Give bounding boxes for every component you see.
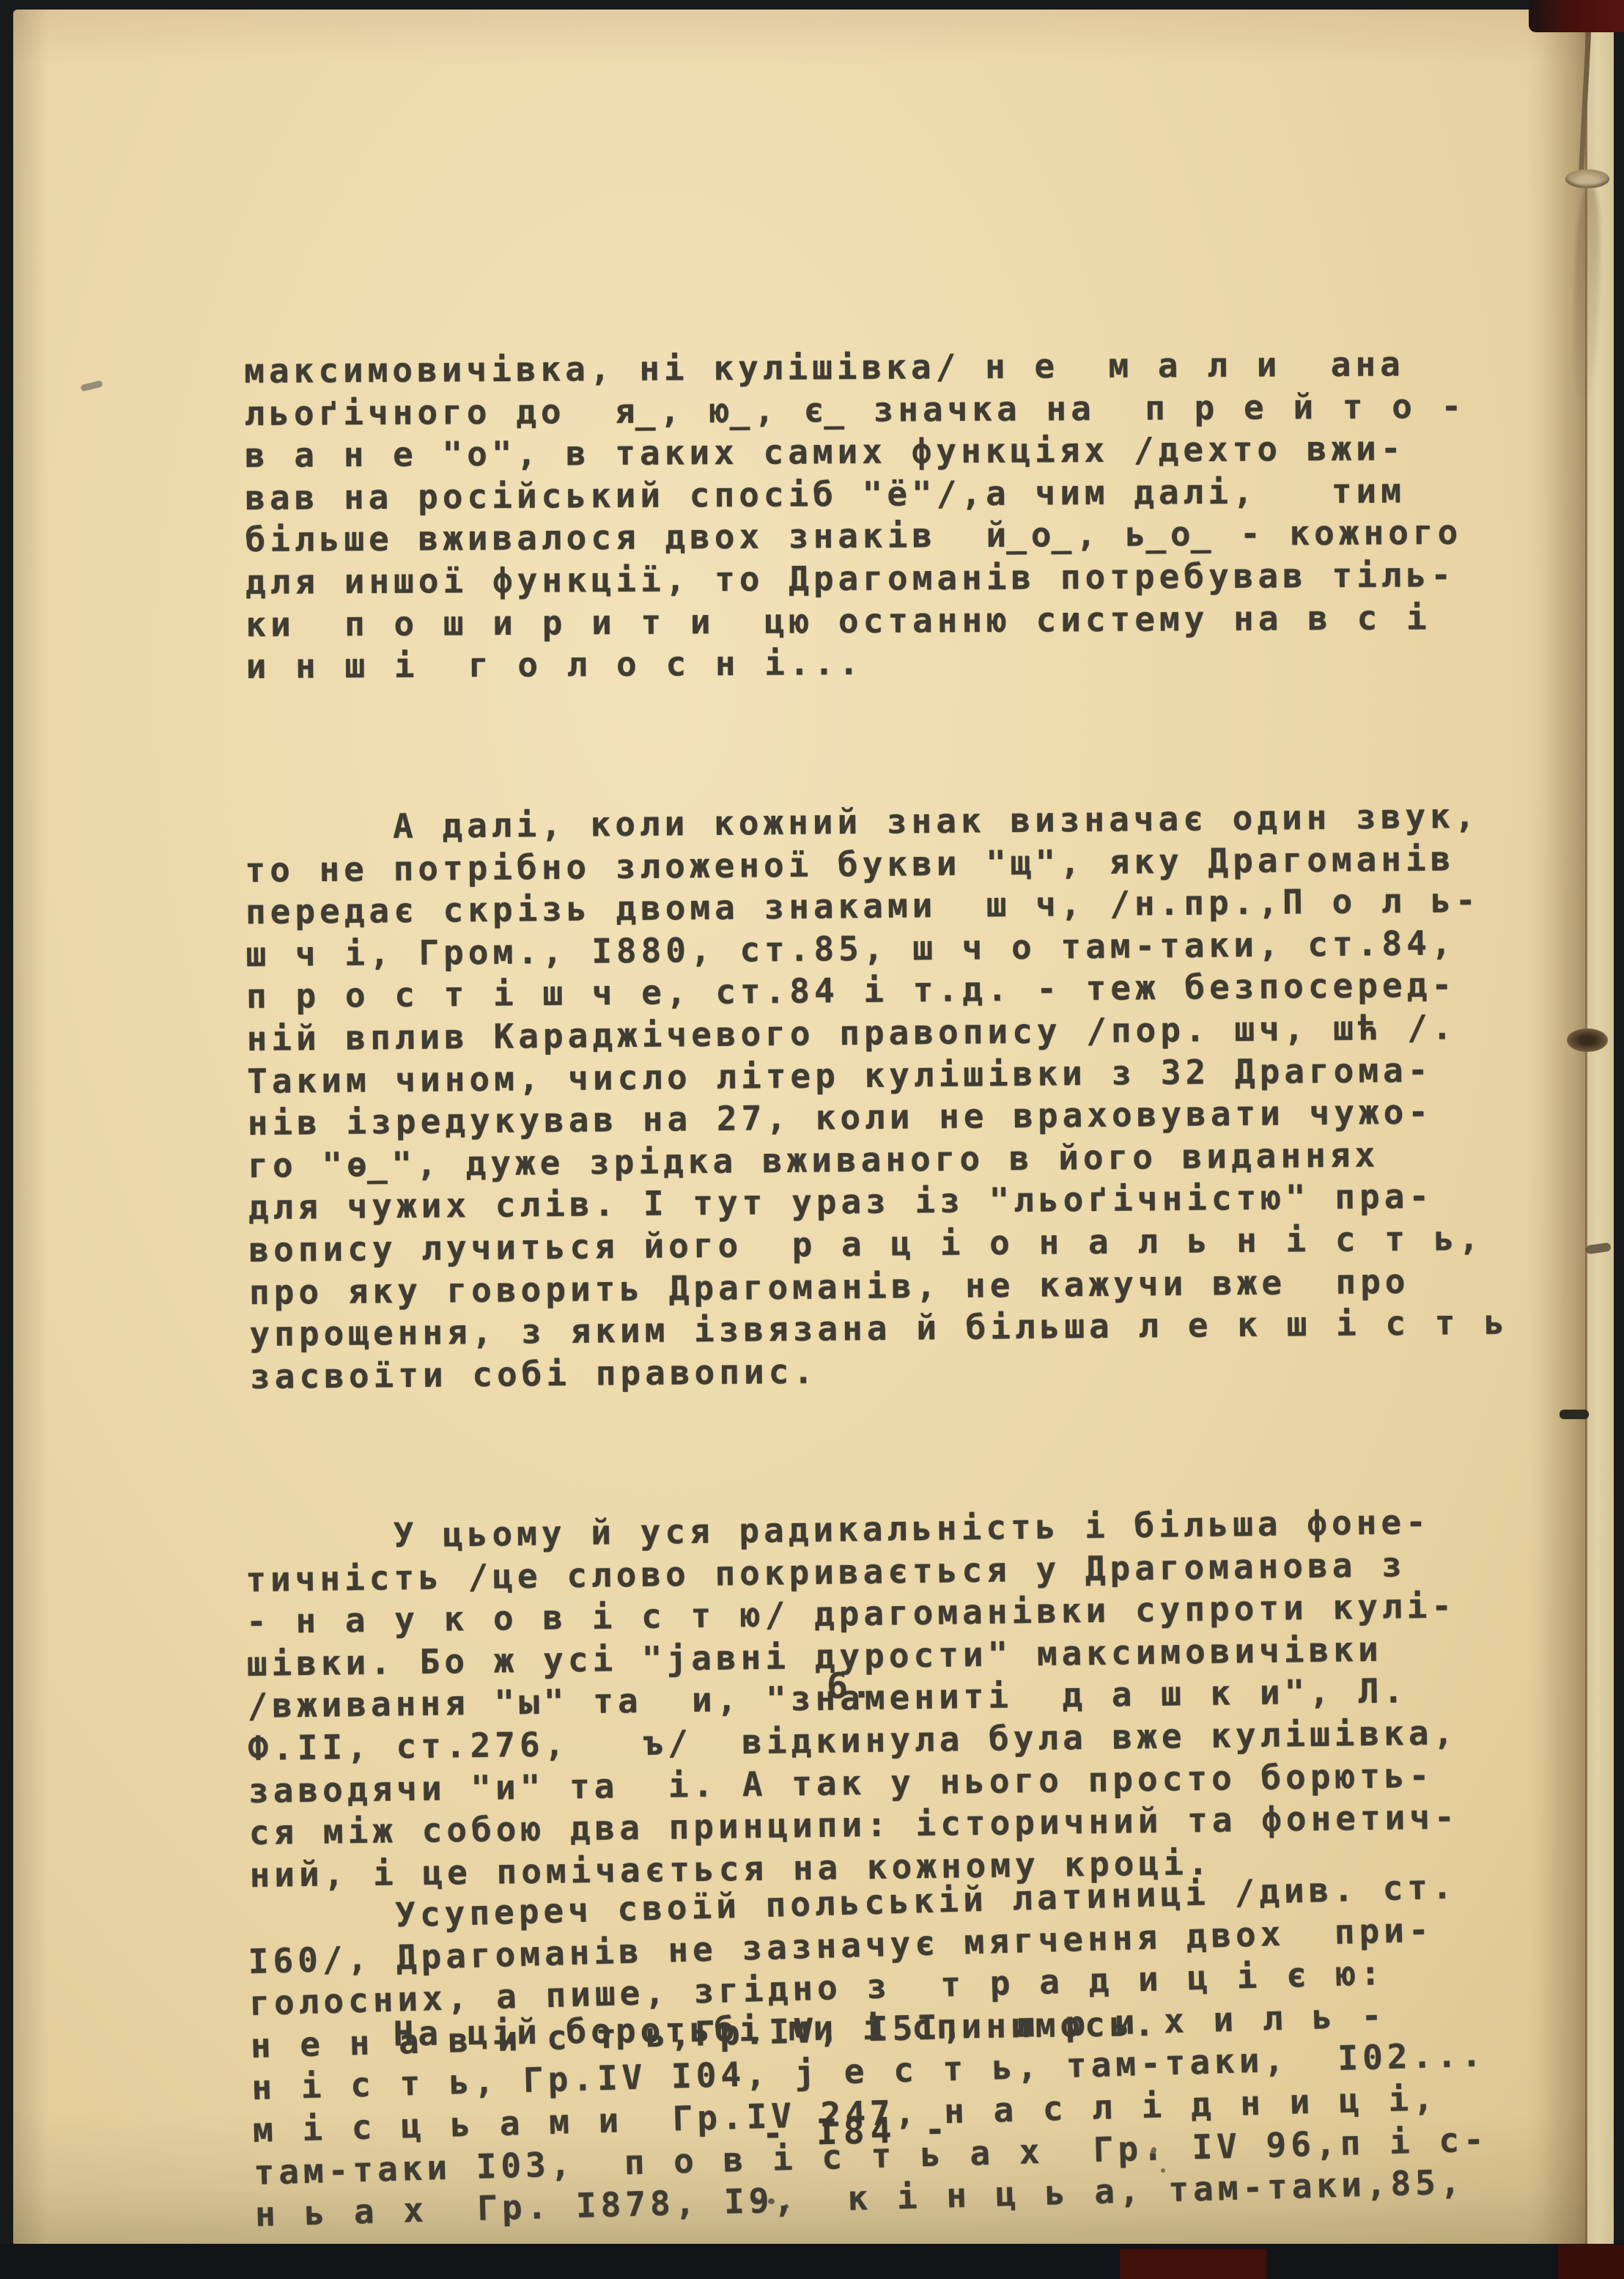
- paragraph: максимовичівка, ні кулішівка/ н е м а л …: [243, 224, 1536, 688]
- paragraph: А далі, коли кожний знак визначає один з…: [243, 676, 1540, 1398]
- ink-smudge: [80, 380, 103, 392]
- typewritten-text-block-section-6: Усупереч своїй польській латиниці /див. …: [243, 1780, 1533, 2236]
- text-line: більше вживалося двох знаків й̲о̲, ь̲о̲ …: [245, 512, 1535, 562]
- text-line: ки п о ш и р и т и цю останню систему на…: [246, 596, 1535, 646]
- page-number: - І84 -: [761, 2109, 952, 2154]
- binding-thread-knot: [1565, 169, 1609, 188]
- text-line: вав на російський спосіб "ё"/,а чим далі…: [245, 469, 1535, 519]
- text-line: для иншої функції, то Драгоманів потребу…: [246, 553, 1535, 603]
- book-spine-top: [1529, 0, 1624, 32]
- scan-frame-bottom: [0, 2244, 1624, 2279]
- text-line: максимовичівка, ні кулішівка/ н е м а л …: [244, 342, 1534, 392]
- paragraph: Усупереч своїй польській латиниці /див. …: [243, 1745, 1545, 2236]
- text-line: льоґічного до я̲, ю̲, є̲ значка на п р е…: [244, 385, 1534, 435]
- text-line: в а н е "о", в таких самих функціях /дех…: [245, 427, 1535, 476]
- edge-ink-mark: [1560, 1410, 1589, 1419]
- stitch-hole: [1567, 1028, 1608, 1052]
- book-spine-bottom-corner: [1558, 2245, 1624, 2279]
- book-spine-bottom: [1120, 2249, 1266, 2279]
- section-number: 6.: [826, 1665, 875, 1707]
